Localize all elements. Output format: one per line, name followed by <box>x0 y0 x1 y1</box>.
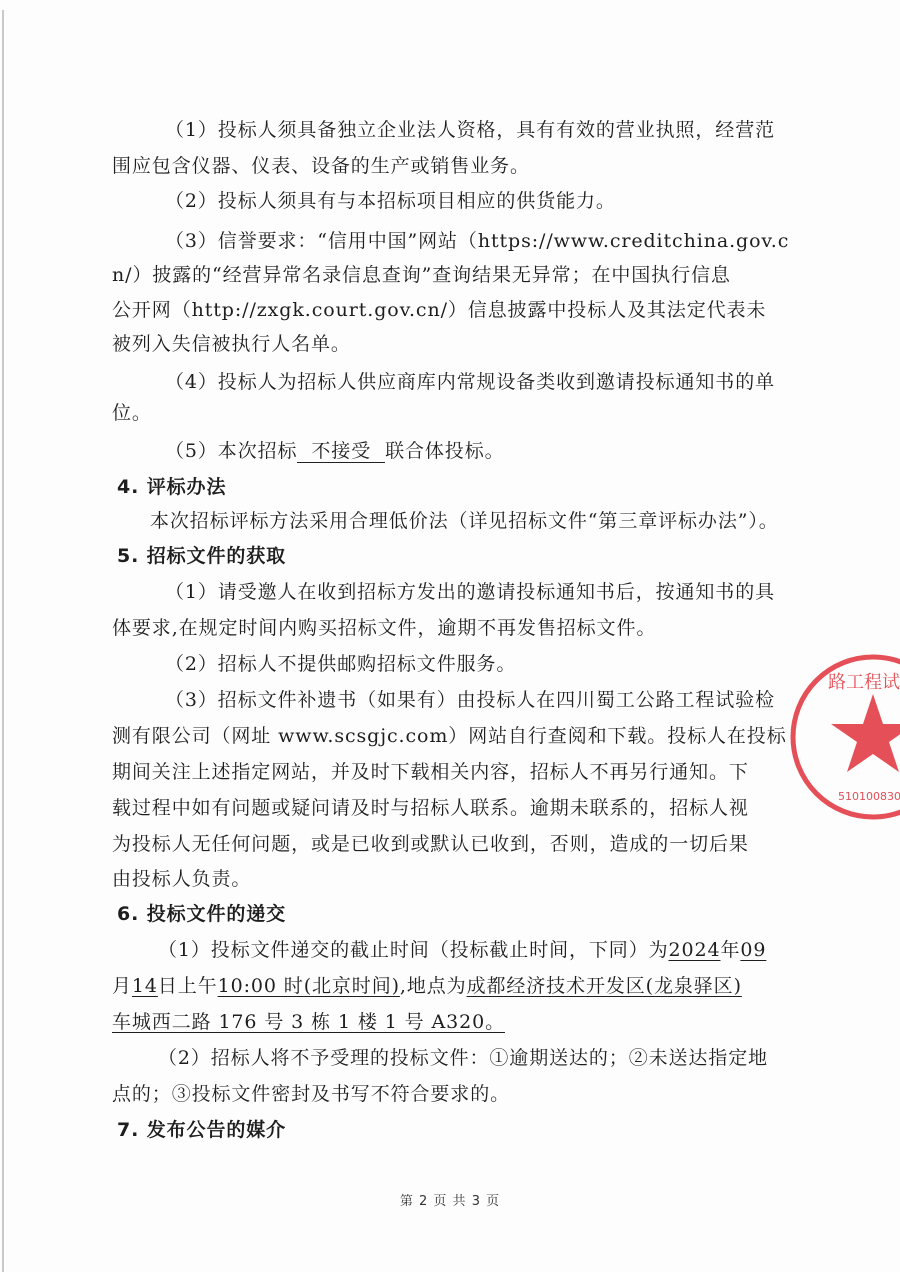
page-edge <box>2 10 4 1272</box>
s5-item-2: （2）招标人不提供邮购招标文件服务。 <box>165 651 855 677</box>
item-2: （2）投标人须具有与本招标项目相应的供货能力。 <box>165 188 855 214</box>
s5-item-3-line-5: 为投标人无任何问题，或是已收到或默认已收到，否则，造成的一切后果 <box>112 831 802 857</box>
item-3-line-4: 被列入失信被执行人名单。 <box>112 331 802 357</box>
s6-item-1-prefix: （1）投标文件递交的截止时间（投标截止时间，下同）为 <box>158 939 669 961</box>
s5-item-1-line-2: 体要求,在规定时间内购买招标文件，逾期不再发售招标文件。 <box>112 615 802 641</box>
item-5-prefix: （5）本次招标 <box>165 440 297 462</box>
item-1-line-2: 围应包含仪器、仪表、设备的生产或销售业务。 <box>112 153 802 179</box>
company-seal-icon: 路工程试验 5101008302 <box>788 652 900 822</box>
item-4-line-2: 位。 <box>112 400 802 426</box>
page-footer: 第 2 页 共 3 页 <box>0 1190 900 1209</box>
s6-item-1-line-1: （1）投标文件递交的截止时间（投标截止时间，下同）为2024年09 <box>158 937 848 963</box>
s6-item-1-line-2: 月14日上午10:00 时(北京时间),地点为成都经济技术开发区(龙泉驿区) <box>112 973 802 999</box>
item-3-line-1: （3）信誉要求：“信用中国”网站（https://www.creditchina… <box>165 228 855 254</box>
item-3-line-2: n/）披露的“经营异常名录信息查询”查询结果无异常；在中国执行信息 <box>112 262 802 288</box>
s5-item-3-line-2: 测有限公司（网址 www.scsgjc.com）网站自行查阅和下载。投标人在投标 <box>112 723 802 749</box>
item-3-line-3: 公开网（http://zxgk.court.gov.cn/）信息披露中投标人及其… <box>112 297 802 323</box>
s6-item-2-line-1: （2）招标人将不予受理的投标文件：①逾期送达的；②未送达指定地 <box>158 1045 848 1071</box>
section-4-heading: 4. 评标办法 <box>117 474 807 500</box>
section-6-heading: 6. 投标文件的递交 <box>117 901 807 927</box>
deadline-month: 09 <box>740 939 766 961</box>
section-4-body: 本次招标评标方法采用合理低价法（详见招标文件“第三章评标办法”）。 <box>150 508 840 534</box>
s5-item-1-line-1: （1）请受邀人在收到招标方发出的邀请投标通知书后，按通知书的具 <box>165 579 855 605</box>
year-unit: 年 <box>720 939 740 961</box>
deadline-time: 10:00 时(北京时间) <box>218 975 400 997</box>
svg-text:5101008302: 5101008302 <box>838 790 900 803</box>
s5-item-3-line-1: （3）招标文件补遗书（如果有）由投标人在四川蜀工公路工程试验检 <box>165 687 855 713</box>
s6-item-2-line-2: 点的；③投标文件密封及书写不符合要求的。 <box>112 1081 802 1107</box>
svg-text:路工程试验: 路工程试验 <box>828 672 900 693</box>
s5-item-3-line-3: 期间关注上述指定网站，并及时下载相关内容，招标人不再另行通知。下 <box>112 759 802 785</box>
item-4-line-1: （4）投标人为招标人供应商库内常规设备类收到邀请投标通知书的单 <box>165 369 855 395</box>
item-1-line-1: （1）投标人须具备独立企业法人资格，具有有效的营业执照，经营范 <box>165 117 855 143</box>
month-unit: 月 <box>112 975 132 997</box>
item-5-suffix: 联合体投标。 <box>385 440 504 462</box>
location-prefix: ,地点为 <box>400 975 467 997</box>
s6-item-1-line-3: 车城西二路 176 号 3 栋 1 楼 1 号 A320。 <box>112 1009 802 1035</box>
day-unit: 日上午 <box>158 975 218 997</box>
section-7-heading: 7. 发布公告的媒介 <box>117 1117 807 1143</box>
item-5: （5）本次招标不接受联合体投标。 <box>165 438 855 464</box>
s5-item-3-line-6: 由投标人负责。 <box>112 866 802 892</box>
deadline-year: 2024 <box>669 939 721 961</box>
s5-item-3-line-4: 载过程中如有问题或疑问请及时与招标人联系。逾期未联系的，招标人视 <box>112 795 802 821</box>
location-line-2: 车城西二路 176 号 3 栋 1 楼 1 号 A320。 <box>112 1011 505 1033</box>
deadline-day: 14 <box>132 975 158 997</box>
section-5-heading: 5. 招标文件的获取 <box>117 543 807 569</box>
consortium-value: 不接受 <box>297 440 385 463</box>
location-line-1: 成都经济技术开发区(龙泉驿区) <box>467 975 742 997</box>
